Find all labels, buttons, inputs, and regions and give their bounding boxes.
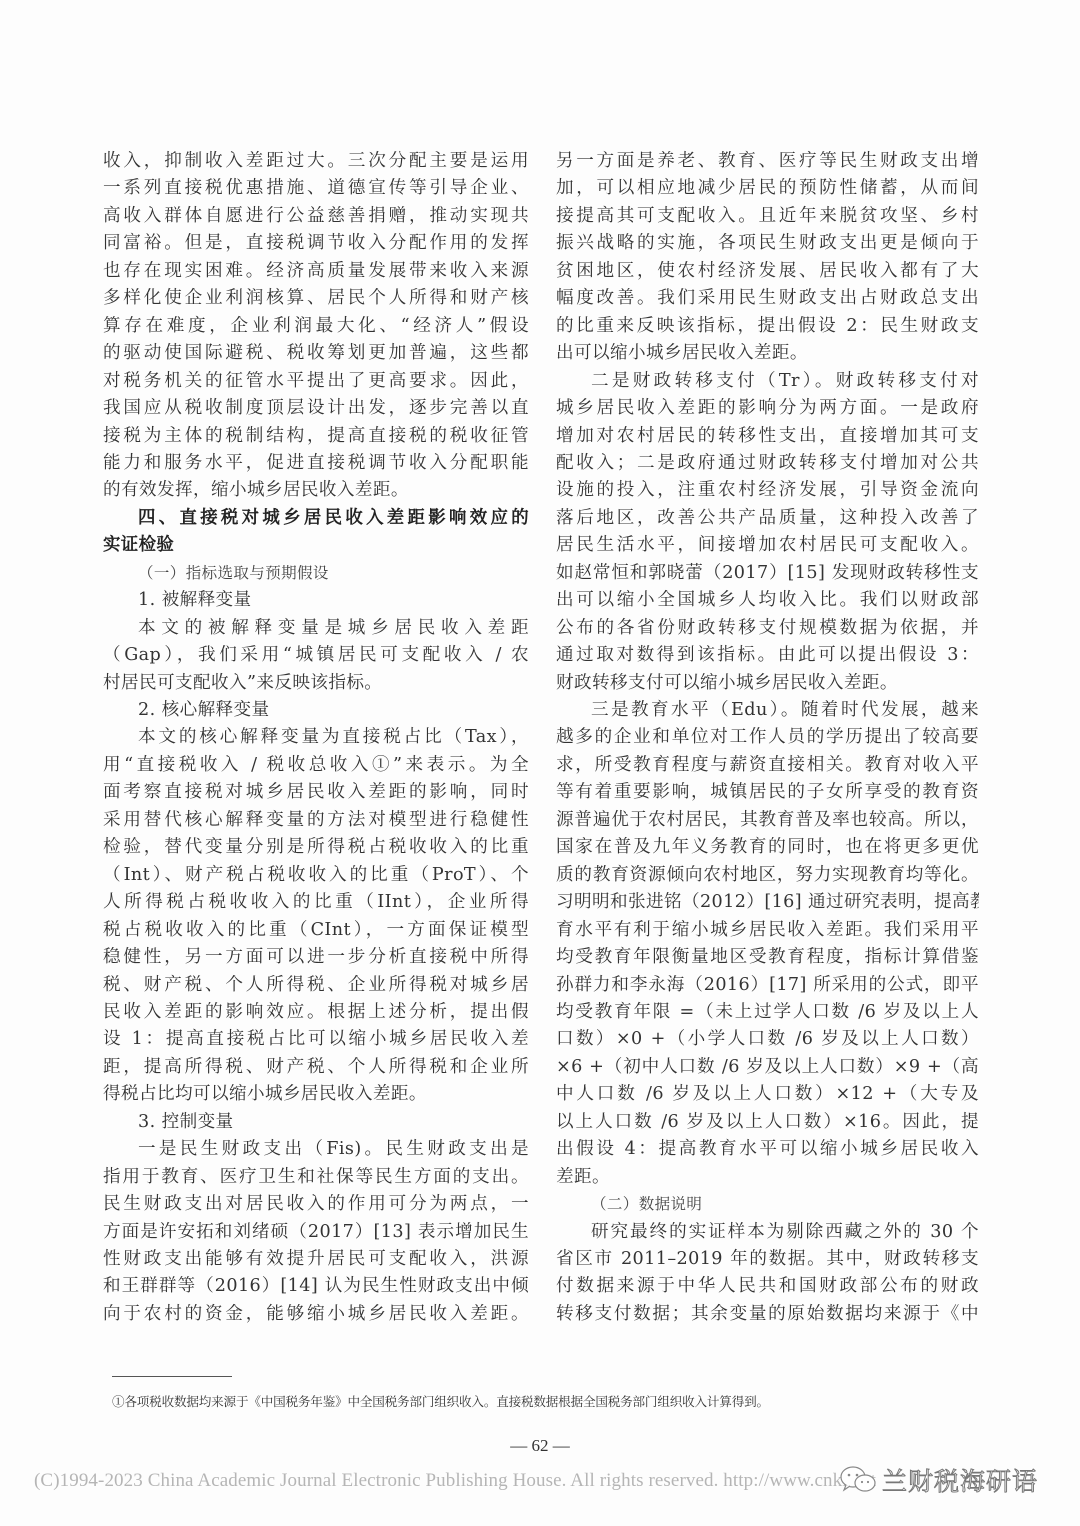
text-line: （Gap），我们采用“城镇居民可支配收入 / 农: [103, 642, 529, 669]
text-line: 求，所受教育程度与薪资直接相关。教育对收入平: [556, 752, 979, 779]
text-line: 得税占比均可以缩小城乡居民收入差距。: [103, 1081, 529, 1108]
text-line: 本文的被解释变量是城乡居民收入差距: [103, 615, 529, 642]
text-line: 接提高其可支配收入。且近年来脱贫攻坚、乡村: [556, 203, 979, 230]
text-line: 同富裕。但是，直接税调节收入分配作用的发挥: [103, 230, 529, 257]
text-line: 二是财政转移支付（Tr）。财政转移支付对: [556, 368, 979, 395]
text-line: 和王群群等（2016）[14] 认为民生性财政支出中倾: [103, 1273, 529, 1300]
text-line: 落后地区，改善公共产品质量，这种投入改善了: [556, 505, 979, 532]
text-line: 孙群力和李永海（2016）[17] 所采用的公式，即平: [556, 972, 979, 999]
text-line: 用“直接税收入 / 税收总收入①”来表示。为全: [103, 752, 529, 779]
text-line: 向于农村的资金，能够缩小城乡居民收入差距。: [103, 1301, 529, 1328]
text-line: ×6 +（初中人口数 /6 岁及以上人口数）×9 +（高: [556, 1054, 979, 1081]
text-line: 配收入；二是政府通过财政转移支付增加对公共: [556, 450, 979, 477]
text-line: 另一方面是养老、教育、医疗等民生财政支出增: [556, 148, 979, 175]
text-line: （Int）、财产税占税收收入的比重（ProT）、个: [103, 862, 529, 889]
text-line: 三是教育水平（Edu）。随着时代发展，越来: [556, 697, 979, 724]
text-line: 财政转移支付可以缩小城乡居民收入差距。: [556, 670, 979, 697]
text-line: 贫困地区，使农村经济发展、居民收入都有了大: [556, 258, 979, 285]
text-line: 指用于教育、医疗卫生和社保等民生方面的支出。: [103, 1164, 529, 1191]
text-line: 也存在现实困难。经济高质量发展带来收入来源: [103, 258, 529, 285]
text-line: 越多的企业和单位对工作人员的学历提出了较高要: [556, 724, 979, 751]
text-line: 高收入群体自愿进行公益慈善捐赠，推动实现共: [103, 203, 529, 230]
text-line: 稳健性，另一方面可以进一步分析直接税中所得: [103, 944, 529, 971]
footnote-divider: [112, 1376, 232, 1377]
text-line: 质的教育资源倾向农村地区，努力实现教育均等化。: [556, 862, 979, 889]
text-line: 等有着重要影响，城镇居民的子女所享受的教育资: [556, 779, 979, 806]
text-line: 距，提高所得税、财产税、个人所得税和企业所: [103, 1054, 529, 1081]
text-line: 省区市 2011–2019 年的数据。其中，财政转移支: [556, 1246, 979, 1273]
text-line: 均受教育年限衡量地区受教育程度，指标计算借鉴: [556, 944, 979, 971]
page-number: — 62 —: [0, 1436, 1080, 1456]
copyright-notice: (C)1994-2023 China Academic Journal Elec…: [34, 1470, 876, 1492]
text-line: 居民生活水平，间接增加农村居民可支配收入。: [556, 532, 979, 559]
text-line: 的比重来反映该指标，提出假设 2：民生财政支: [556, 313, 979, 340]
text-line: 对税务机关的征管水平提出了更高要求。因此，: [103, 368, 529, 395]
text-line: 面考察直接税对城乡居民收入差距的影响，同时: [103, 779, 529, 806]
text-line: 村居民可支配收入”来反映该指标。: [103, 670, 529, 697]
text-line: 如赵常恒和郭晓蕾（2017）[15] 发现财政转移性支: [556, 560, 979, 587]
watermark: 兰财税海研语: [838, 1462, 1038, 1498]
text-line: 的有效发挥，缩小城乡居民收入差距。: [103, 477, 529, 504]
item-heading-line: 3. 控制变量: [103, 1109, 529, 1136]
text-line: 加，可以相应地减少居民的预防性储蓄，从而间: [556, 175, 979, 202]
text-line: 本文的核心解释变量为直接税占比（Tax），: [103, 724, 529, 751]
text-line: 民生财政支出对居民收入的作用可分为两点，一: [103, 1191, 529, 1218]
text-line: 设施的投入，注重农村经济发展，引导资金流向: [556, 477, 979, 504]
text-line: 出可以缩小城乡居民收入差距。: [556, 340, 979, 367]
text-line: 城乡居民收入差距的影响分为两方面。一是政府: [556, 395, 979, 422]
text-line: 增加对农村居民的转移性支出，直接增加其可支: [556, 423, 979, 450]
text-line: 接税为主体的税制结构，提高直接税的税收征管: [103, 423, 529, 450]
text-line: 采用替代核心解释变量的方法对模型进行稳健性: [103, 807, 529, 834]
subsection-heading-line: （二）数据说明: [556, 1191, 979, 1218]
text-line: 通过取对数得到该指标。由此可以提出假设 3：: [556, 642, 979, 669]
text-line: 税占税收收入的比重（CInt），一方面保证模型: [103, 917, 529, 944]
text-line: 收入，抑制收入差距过大。三次分配主要是运用: [103, 148, 529, 175]
section-heading-line: 四、直接税对城乡居民收入差距影响效应的: [103, 505, 529, 532]
text-line: 我国应从税收制度顶层设计出发，逐步完善以直: [103, 395, 529, 422]
text-line: 国家在普及九年义务教育的同时，也在将更多更优: [556, 834, 979, 861]
text-line: 口数）×0 +（小学人口数 /6 岁及以上人口数）: [556, 1026, 979, 1053]
text-line: 振兴战略的实施，各项民生财政支出更是倾向于: [556, 230, 979, 257]
text-line: 均受教育年限 =（未上过学人口数 /6 岁及以上人: [556, 999, 979, 1026]
text-line: 转移支付数据；其余变量的原始数据均来源于《中: [556, 1301, 979, 1328]
text-line: 研究最终的实证样本为剔除西藏之外的 30 个: [556, 1219, 979, 1246]
text-line: 幅度改善。我们采用民生财政支出占财政总支出: [556, 285, 979, 312]
journal-page: 收入，抑制收入差距过大。三次分配主要是运用一系列直接税优惠措施、道德宣传等引导企…: [0, 0, 1080, 1526]
item-heading-line: 2. 核心解释变量: [103, 697, 529, 724]
text-line: 民收入差距的影响效应。根据上述分析，提出假: [103, 999, 529, 1026]
text-line: 出可以缩小全国城乡人均收入比。我们以财政部: [556, 587, 979, 614]
text-line: 育水平有利于缩小城乡居民收入差距。我们采用平: [556, 917, 979, 944]
text-line: 一系列直接税优惠措施、道德宣传等引导企业、: [103, 175, 529, 202]
subsection-heading-line: （一）指标选取与预期假设: [103, 560, 529, 587]
text-line: 检验，替代变量分别是所得税占税收收入的比重: [103, 834, 529, 861]
text-line: 能力和服务水平，促进直接税调节收入分配职能: [103, 450, 529, 477]
text-line: 税、财产税、个人所得税、企业所得税对城乡居: [103, 972, 529, 999]
text-line: 人所得税占税收收入的比重（IInt），企业所得: [103, 889, 529, 916]
footnote: ①各项税收数据均来源于《中国税务年鉴》中全国税务部门组织收入。直接税数据根据全国…: [112, 1391, 769, 1410]
watermark-text: 兰财税海研语: [882, 1462, 1038, 1498]
wechat-icon: [838, 1464, 878, 1496]
text-line: 多样化使企业利润核算、居民个人所得和财产核: [103, 285, 529, 312]
text-line: 算存在难度，企业利润最大化、“经济人”假设: [103, 313, 529, 340]
text-line: 付数据来源于中华人民共和国财政部公布的财政: [556, 1273, 979, 1300]
text-line: 源普遍优于农村居民，其教育普及率也较高。所以，: [556, 807, 979, 834]
text-line: 性财政支出能够有效提升居民可支配收入，洪源: [103, 1246, 529, 1273]
text-line: 的驱动使国际避税、税收筹划更加普遍，这些都: [103, 340, 529, 367]
text-line: 中人口数 /6 岁及以上人口数）×12 +（大专及: [556, 1081, 979, 1108]
text-line: 公布的各省份财政转移支付规模数据为依据，并: [556, 615, 979, 642]
text-line: 习明明和张进铭（2012）[16] 通过研究表明，提高教: [556, 889, 979, 916]
text-line: 出假设 4：提高教育水平可以缩小城乡居民收入: [556, 1136, 979, 1163]
text-line: 方面是许安拓和刘绪硕（2017）[13] 表示增加民生: [103, 1219, 529, 1246]
text-line: 差距。: [556, 1164, 979, 1191]
section-heading-line: 实证检验: [103, 532, 529, 559]
text-line: 一是民生财政支出（Fis)。民生财政支出是: [103, 1136, 529, 1163]
text-line: 以上人口数 /6 岁及以上人口数）×16。因此，提: [556, 1109, 979, 1136]
text-line: 设 1：提高直接税占比可以缩小城乡居民收入差: [103, 1026, 529, 1053]
item-heading-line: 1. 被解释变量: [103, 587, 529, 614]
